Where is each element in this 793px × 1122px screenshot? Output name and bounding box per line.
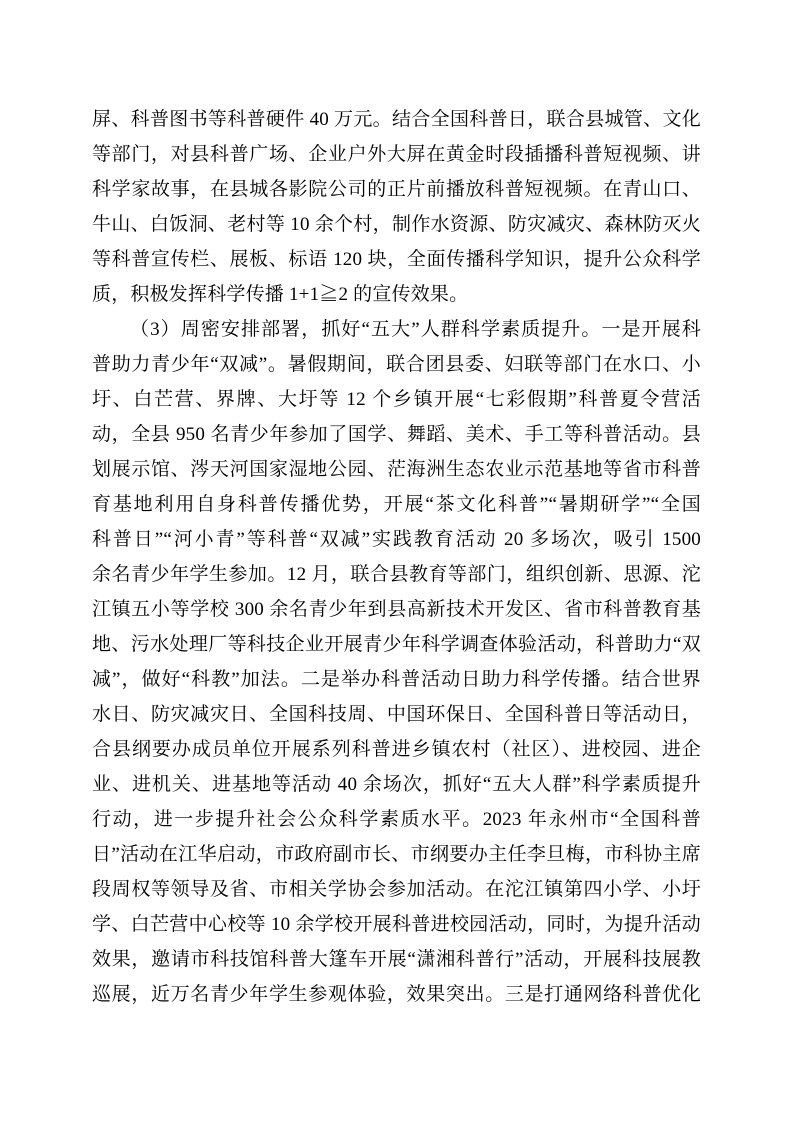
text-line: 圩、白芒营、界牌、大圩等 12 个乡镇开展“七彩假期”科普夏令营活	[92, 382, 701, 417]
text-line: 动，全县 950 名青少年参加了国学、舞蹈、美术、手工等科普活动。县规	[92, 417, 701, 452]
text-line: 水日、防灾减灾日、全国科技周、中国环保日、全国科普日等活动日，联	[92, 697, 701, 732]
text-line: 育基地利用自身科普传播优势，开展“茶文化科普”“暑期研学”“全国	[92, 487, 701, 522]
document-page: 屏、科普图书等科普硬件 40 万元。结合全国科普日，联合县城管、文化等部门，对县…	[0, 0, 793, 1122]
text-line: 屏、科普图书等科普硬件 40 万元。结合全国科普日，联合县城管、文化	[92, 102, 701, 137]
text-line: 业、进机关、进基地等活动 40 余场次，抓好“五大人群”科学素质提升	[92, 767, 701, 802]
paragraph-2: （3）周密安排部署，抓好“五大”人群科学素质提升。一是开展科普助力青少年“双减”…	[92, 312, 701, 1012]
text-line: 地、污水处理厂等科技企业开展青少年科学调查体验活动，科普助力“双	[92, 627, 701, 662]
text-line: 普助力青少年“双减”。暑假期间，联合团县委、妇联等部门在水口、小	[92, 347, 701, 382]
text-line: 余名青少年学生参加。12 月，联合县教育等部门，组织创新、思源、沱	[92, 557, 701, 592]
paragraph-1: 屏、科普图书等科普硬件 40 万元。结合全国科普日，联合县城管、文化等部门，对县…	[92, 102, 701, 312]
text-line: 行动，进一步提升社会公众科学素质水平。2023 年永州市“全国科普	[92, 802, 701, 837]
text-line: 减”，做好“科教”加法。二是举办科普活动日助力科学传播。结合世界	[92, 662, 701, 697]
text-line: 牛山、白饭洞、老村等 10 余个村，制作水资源、防灾减灾、森林防灭火	[92, 207, 701, 242]
text-line: 日”活动在江华启动，市政府副市长、市纲要办主任李旦梅，市科协主席	[92, 837, 701, 872]
text-line: 合县纲要办成员单位开展系列科普进乡镇农村（社区）、进校园、进企	[92, 732, 701, 767]
text-line: 巡展，近万名青少年学生参观体验，效果突出。三是打通网络科普优化科	[92, 977, 701, 1012]
text-line: 质，积极发挥科学传播 1+1≧2 的宣传效果。	[92, 277, 701, 312]
text-line: 段周权等领导及省、市相关学协会参加活动。在沱江镇第四小学、小圩中	[92, 872, 701, 907]
text-line: 等部门，对县科普广场、企业户外大屏在黄金时段插播科普短视频、讲述	[92, 137, 701, 172]
text-block: 屏、科普图书等科普硬件 40 万元。结合全国科普日，联合县城管、文化等部门，对县…	[92, 102, 701, 1012]
text-line: 学、白芒营中心校等 10 余学校开展科普进校园活动，同时，为提升活动	[92, 907, 701, 942]
text-line: 等科普宣传栏、展板、标语 120 块，全面传播科学知识，提升公众科学素	[92, 242, 701, 277]
text-line: 效果，邀请市科技馆科普大篷车开展“潇湘科普行”活动，开展科技展教	[92, 942, 701, 977]
text-line: 科学家故事，在县城各影院公司的正片前播放科普短视频。在青山口、白	[92, 172, 701, 207]
text-line: （3）周密安排部署，抓好“五大”人群科学素质提升。一是开展科	[92, 312, 701, 347]
text-line: 科普日”“河小青”等科普“双减”实践教育活动 20 多场次，吸引 1500	[92, 522, 701, 557]
text-line: 江镇五小等学校 300 余名青少年到县高新技术开发区、省市科普教育基	[92, 592, 701, 627]
text-line: 划展示馆、涔天河国家湿地公园、茫海洲生态农业示范基地等省市科普教	[92, 452, 701, 487]
